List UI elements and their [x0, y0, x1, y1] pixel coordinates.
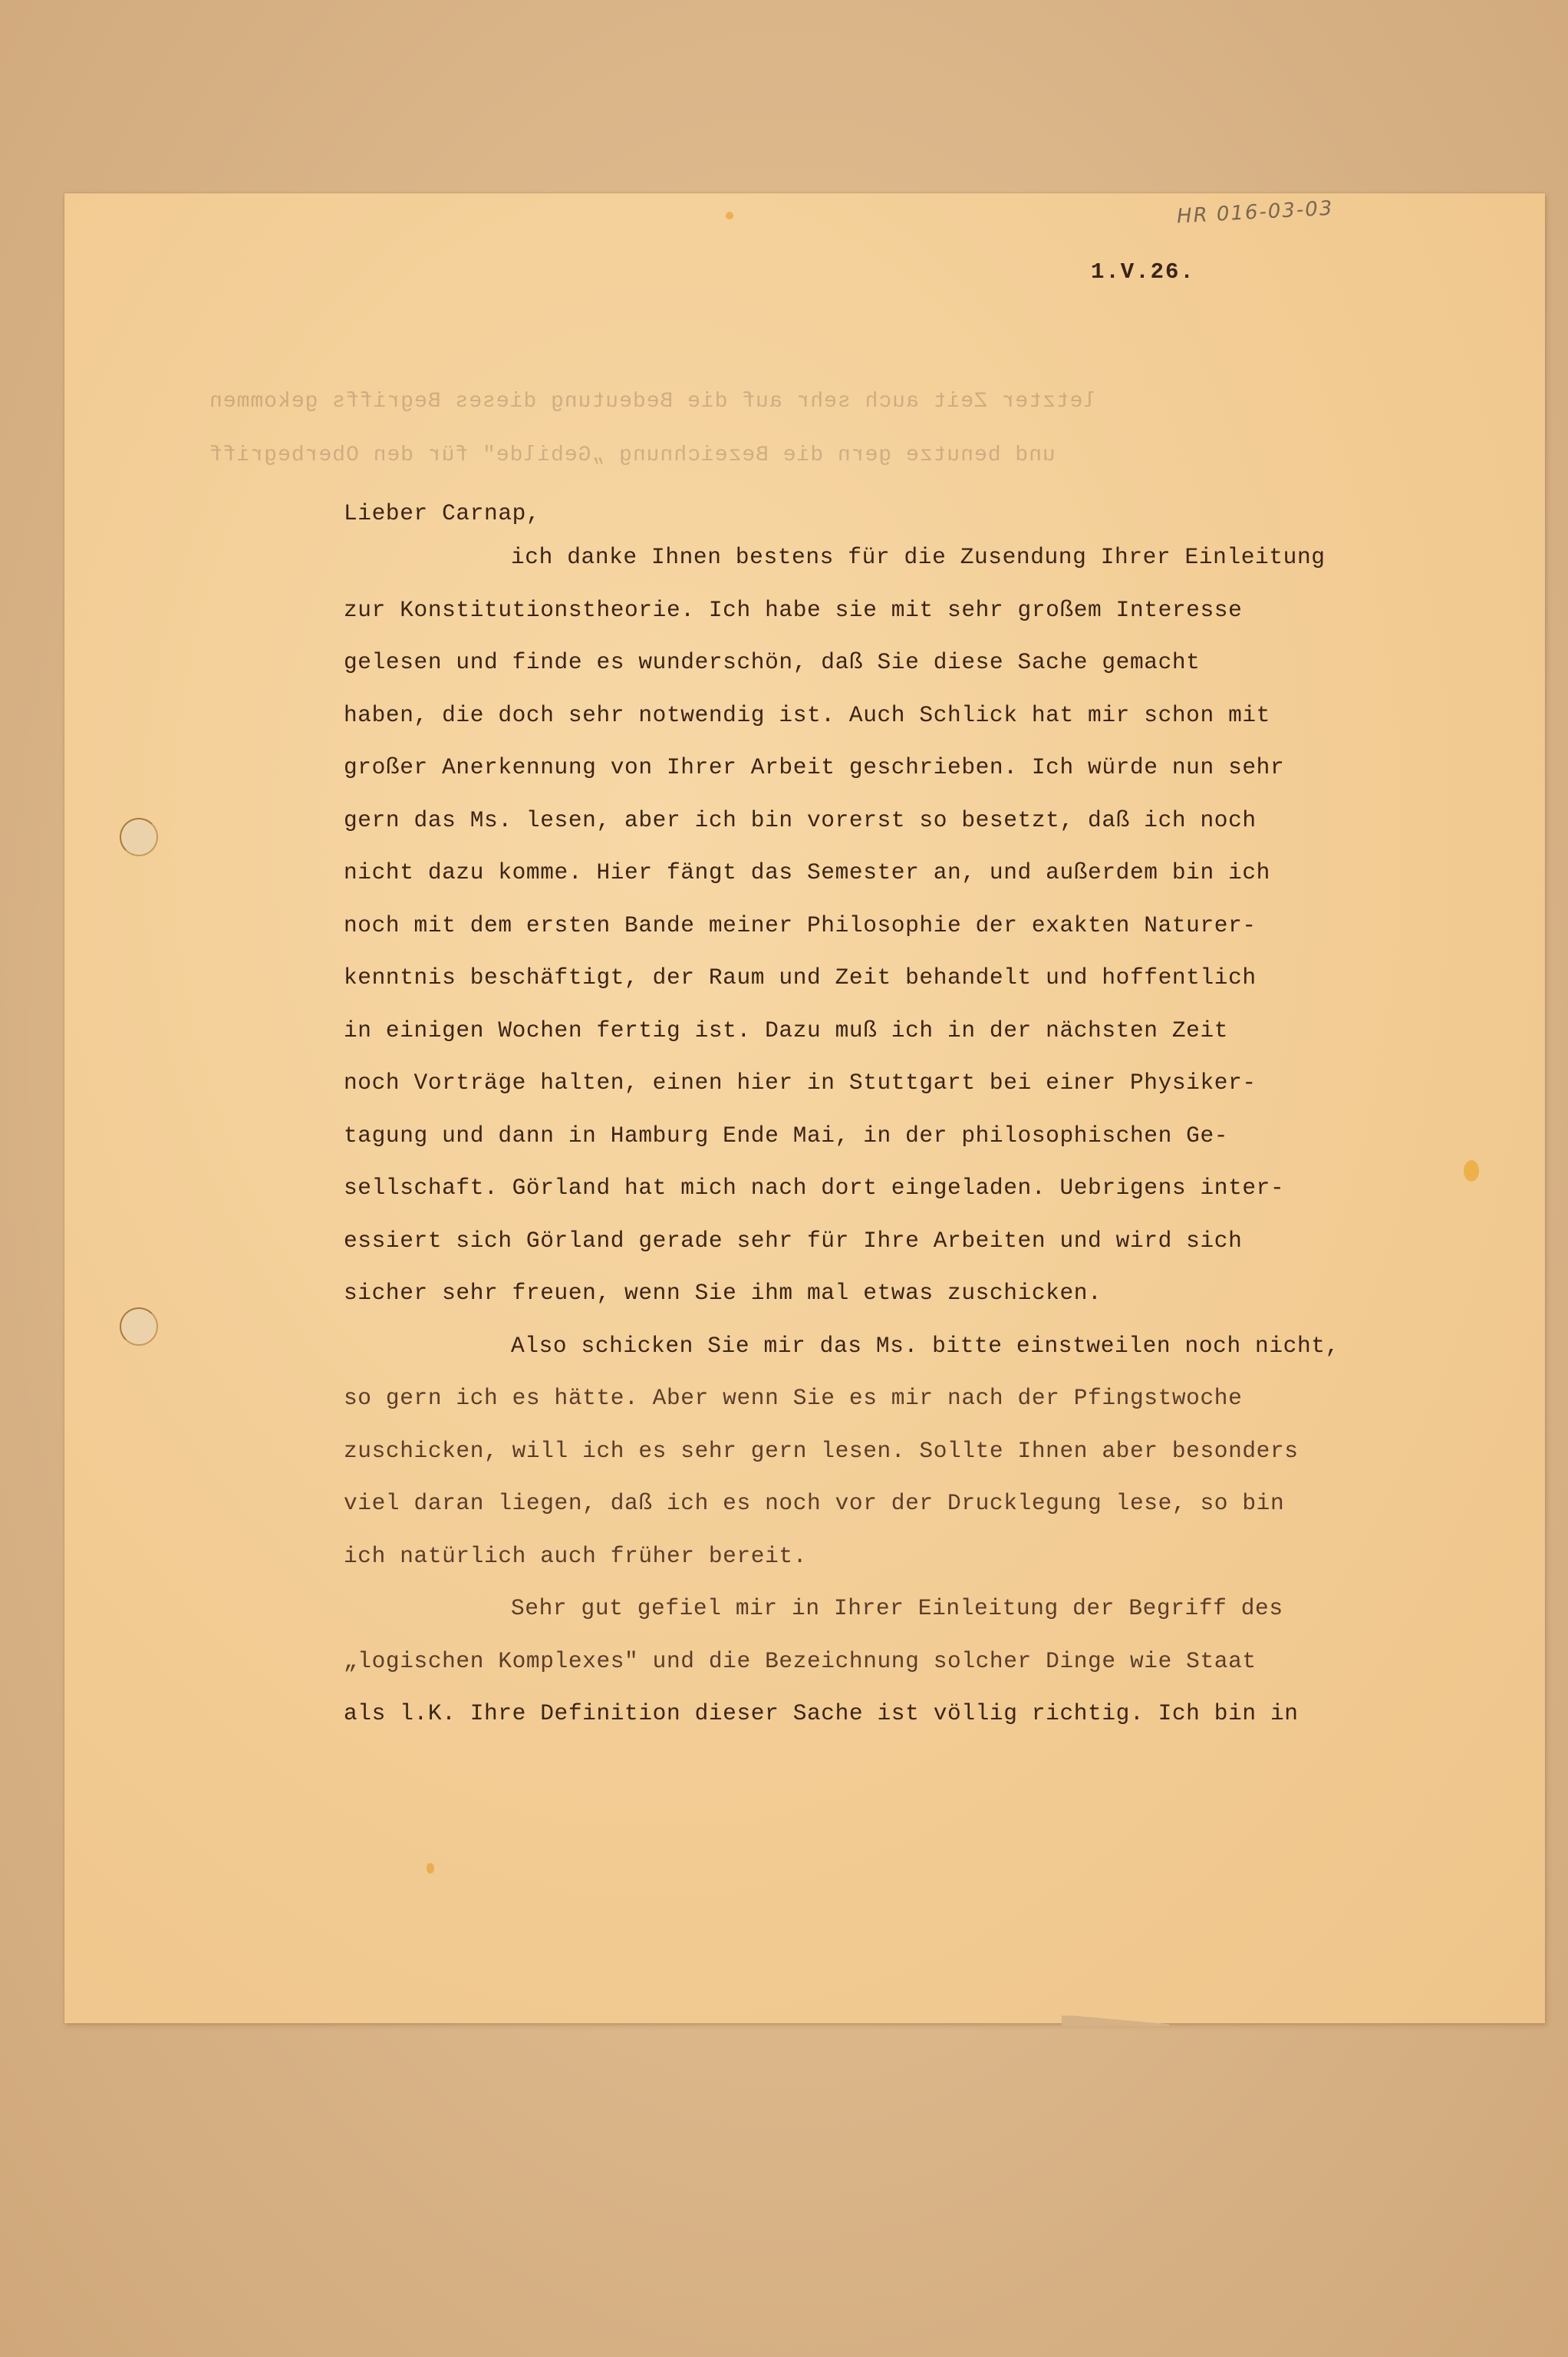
- text-line: zur Konstitutionstheorie. Ich habe sie m…: [344, 584, 1479, 637]
- text-line: noch Vorträge halten, einen hier in Stut…: [344, 1057, 1479, 1109]
- text-line: sicher sehr freuen, wenn Sie ihm mal etw…: [344, 1267, 1479, 1320]
- bleed-through-line: und benutze gern die Bezeichnung „Gebild…: [209, 443, 1056, 467]
- text-line: nicht dazu komme. Hier fängt das Semeste…: [344, 846, 1479, 899]
- text-line: „logischen Komplexes" und die Bezeichnun…: [344, 1635, 1479, 1688]
- text-line: essiert sich Görland gerade sehr für Ihr…: [344, 1215, 1479, 1268]
- text-line: ich natürlich auch früher bereit.: [344, 1530, 1479, 1583]
- letter-body: Lieber Carnap, ich danke Ihnen bestens f…: [344, 491, 1479, 1740]
- text-line: als l.K. Ihre Definition dieser Sache is…: [344, 1687, 1479, 1740]
- text-line: ich danke Ihnen bestens für die Zusendun…: [344, 531, 1479, 584]
- text-line: tagung und dann in Hamburg Ende Mai, in …: [344, 1109, 1479, 1162]
- text-line: haben, die doch sehr notwendig ist. Auch…: [344, 689, 1479, 742]
- text-line: sellschaft. Görland hat mich nach dort e…: [344, 1162, 1479, 1215]
- punch-hole-top: [120, 818, 158, 856]
- stain-spot: [726, 212, 733, 219]
- letter-date: 1.V.26.: [1091, 259, 1195, 285]
- paragraph-2: Also schicken Sie mir das Ms. bitte eins…: [344, 1320, 1479, 1583]
- text-line: großer Anerkennung von Ihrer Arbeit gesc…: [344, 741, 1479, 794]
- text-line: Sehr gut gefiel mir in Ihrer Einleitung …: [344, 1582, 1479, 1635]
- text-line: gelesen und finde es wunderschön, daß Si…: [344, 636, 1479, 689]
- text-line: kenntnis beschäftigt, der Raum und Zeit …: [344, 951, 1479, 1004]
- text-line: noch mit dem ersten Bande meiner Philoso…: [344, 899, 1479, 952]
- paragraph-3: Sehr gut gefiel mir in Ihrer Einleitung …: [344, 1582, 1479, 1740]
- stain-spot: [427, 1863, 434, 1874]
- salutation: Lieber Carnap,: [344, 491, 1479, 536]
- punch-hole-bottom: [120, 1307, 158, 1346]
- text-line: in einigen Wochen fertig ist. Dazu muß i…: [344, 1004, 1479, 1057]
- text-line: zuschicken, will ich es sehr gern lesen.…: [344, 1425, 1479, 1478]
- text-line: Also schicken Sie mir das Ms. bitte eins…: [344, 1320, 1479, 1373]
- text-line: viel daran liegen, daß ich es noch vor d…: [344, 1477, 1479, 1530]
- text-line: so gern ich es hätte. Aber wenn Sie es m…: [344, 1372, 1479, 1425]
- paragraph-1: ich danke Ihnen bestens für die Zusendun…: [344, 531, 1479, 1320]
- text-line: gern das Ms. lesen, aber ich bin vorerst…: [344, 794, 1479, 847]
- bleed-through-line: letzter Zeit auch sehr auf die Bedeutung…: [209, 390, 1096, 414]
